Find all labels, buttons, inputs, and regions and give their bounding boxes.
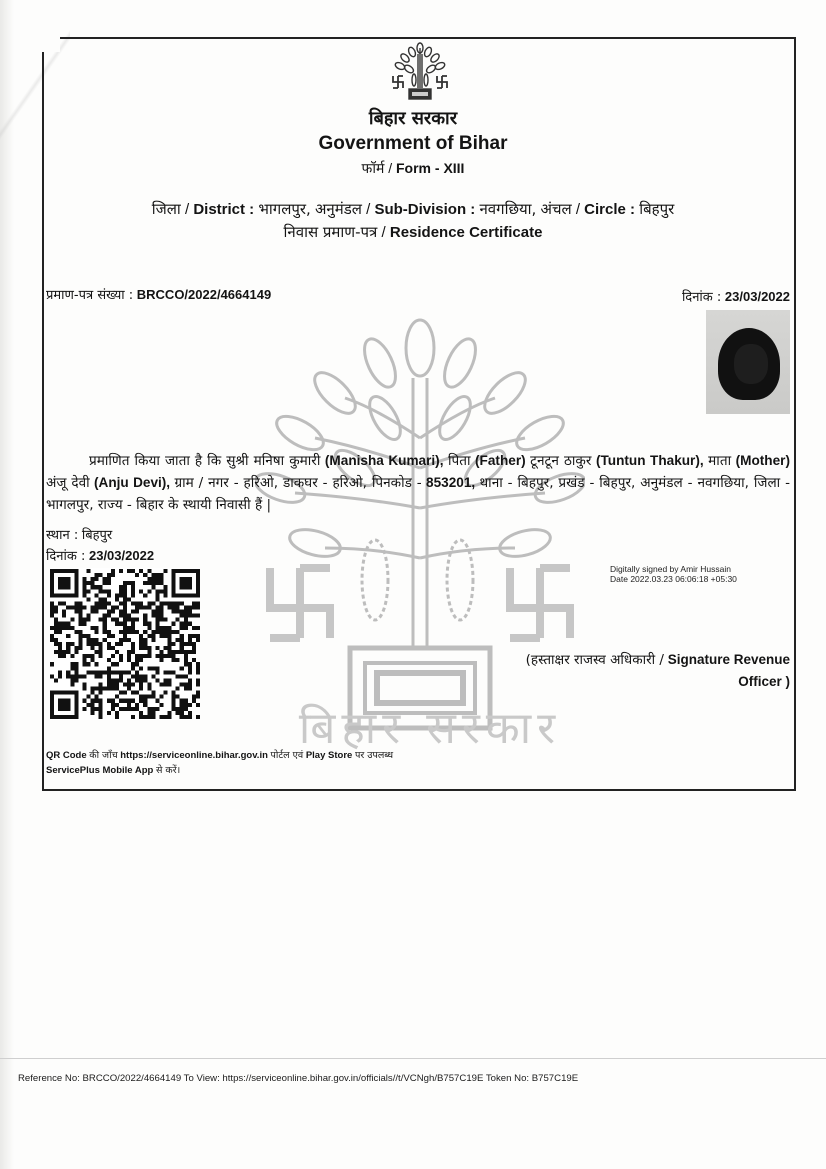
footer-divider xyxy=(0,1058,826,1059)
torn-corner xyxy=(30,26,60,52)
form-label-hindi: फॉर्म xyxy=(362,161,385,177)
subdivision-value: नवगछिया, xyxy=(479,200,536,218)
applicant-photo xyxy=(706,310,790,414)
signature-label-hi: (हस्ताक्षर राजस्व अधिकारी / xyxy=(526,652,664,668)
circle-label: Circle : xyxy=(584,201,635,218)
qr-note-app: ServicePlus Mobile App xyxy=(46,765,153,776)
signature-label-en: Signature Revenue Officer ) xyxy=(668,652,790,689)
signed-by: Digitally signed by Amir Hussain xyxy=(610,564,737,574)
address-part-1: ग्राम / नगर - हरिओ, डाकघर - हरिओ, पिनकोड… xyxy=(174,475,421,491)
applicant-name: (Manisha Kumari), xyxy=(325,453,444,468)
circle-value: बिहपुर xyxy=(639,200,674,218)
form-number: फॉर्म / Form - XIII xyxy=(0,159,826,178)
certificate-title: निवास प्रमाण-पत्र / Residence Certificat… xyxy=(0,222,826,242)
certificate-number-label: प्रमाण-पत्र संख्या : xyxy=(46,288,133,303)
digital-signature: Digitally signed by Amir Hussain Date 20… xyxy=(610,564,737,584)
mother-label-hi: माता xyxy=(708,453,731,469)
govt-name-english: Government of Bihar xyxy=(0,133,826,155)
father-name: (Tuntun Thakur), xyxy=(596,453,704,468)
signature-label: (हस्ताक्षर राजस्व अधिकारी / Signature Re… xyxy=(490,649,790,693)
mother-label: (Mother) xyxy=(736,453,790,468)
jurisdiction-line: जिला / District : भागलपुर, अनुमंडल / Sub… xyxy=(0,199,826,219)
district-label-hi: जिला xyxy=(152,200,181,218)
father-name-hi: टूनटून ठाकुर xyxy=(530,453,591,469)
reference-footer: Reference No: BRCCO/2022/4664149 To View… xyxy=(18,1073,578,1084)
certificate-number-value: BRCCO/2022/4664149 xyxy=(137,287,271,302)
certificate-date: दिनांक : 23/03/2022 xyxy=(682,287,790,305)
certificate-date-value: 23/03/2022 xyxy=(725,289,790,304)
qr-verification-note: QR Code की जाँच https://serviceonline.bi… xyxy=(46,748,393,778)
certificate-number: प्रमाण-पत्र संख्या : BRCCO/2022/4664149 xyxy=(46,285,271,303)
circle-label-hi: अंचल xyxy=(541,200,572,218)
form-label: Form - XIII xyxy=(396,160,464,176)
service-portal-link[interactable]: https://serviceonline.bihar.gov.in xyxy=(120,750,268,761)
pincode: 853201, xyxy=(426,475,475,490)
qr-note-available: पर उपलब्ध xyxy=(355,750,393,761)
mother-name: (Anju Devi), xyxy=(94,475,170,490)
subdivision-label-hi: अनुमंडल xyxy=(315,200,362,218)
photo-face xyxy=(734,344,768,384)
certification-statement: प्रमाणित किया जाता है कि सुश्री मनिषा कु… xyxy=(46,450,790,516)
qr-note-portal: पोर्टल एवं xyxy=(271,750,304,761)
certificate-type-hi: निवास प्रमाण-पत्र xyxy=(284,223,378,241)
mother-name-hi: अंजू देवी xyxy=(46,475,90,491)
district-value: भागलपुर, xyxy=(258,200,310,218)
place-label: स्थान : xyxy=(46,528,78,543)
father-label: (Father) xyxy=(475,453,526,468)
issue-date-label: दिनांक : xyxy=(46,549,85,564)
qr-note-playstore: Play Store xyxy=(306,750,352,761)
qr-note-verify: की जाँच xyxy=(89,750,117,761)
certificate-date-label: दिनांक : xyxy=(682,290,721,305)
subdivision-label: Sub-Division : xyxy=(374,201,475,218)
certificate-type-en: Residence Certificate xyxy=(390,224,543,241)
bihar-emblem-icon xyxy=(385,42,455,102)
intro-text: प्रमाणित किया जाता है कि सुश्री मनिषा कु… xyxy=(89,453,320,469)
place-date-block: स्थान : बिहपुर दिनांक : 23/03/2022 xyxy=(46,525,154,567)
issue-date-value: 23/03/2022 xyxy=(89,548,154,563)
signed-date: Date 2022.03.23 06:06:18 +05:30 xyxy=(610,574,737,584)
qr-note-label: QR Code xyxy=(46,750,87,761)
father-label-hi: पिता xyxy=(448,453,471,469)
qr-note-end: से करें। xyxy=(156,765,180,776)
district-label: District : xyxy=(193,201,254,218)
place-value: बिहपुर xyxy=(82,528,112,543)
qr-code-icon[interactable] xyxy=(50,568,200,720)
govt-name-hindi: बिहार सरकार xyxy=(0,106,826,130)
